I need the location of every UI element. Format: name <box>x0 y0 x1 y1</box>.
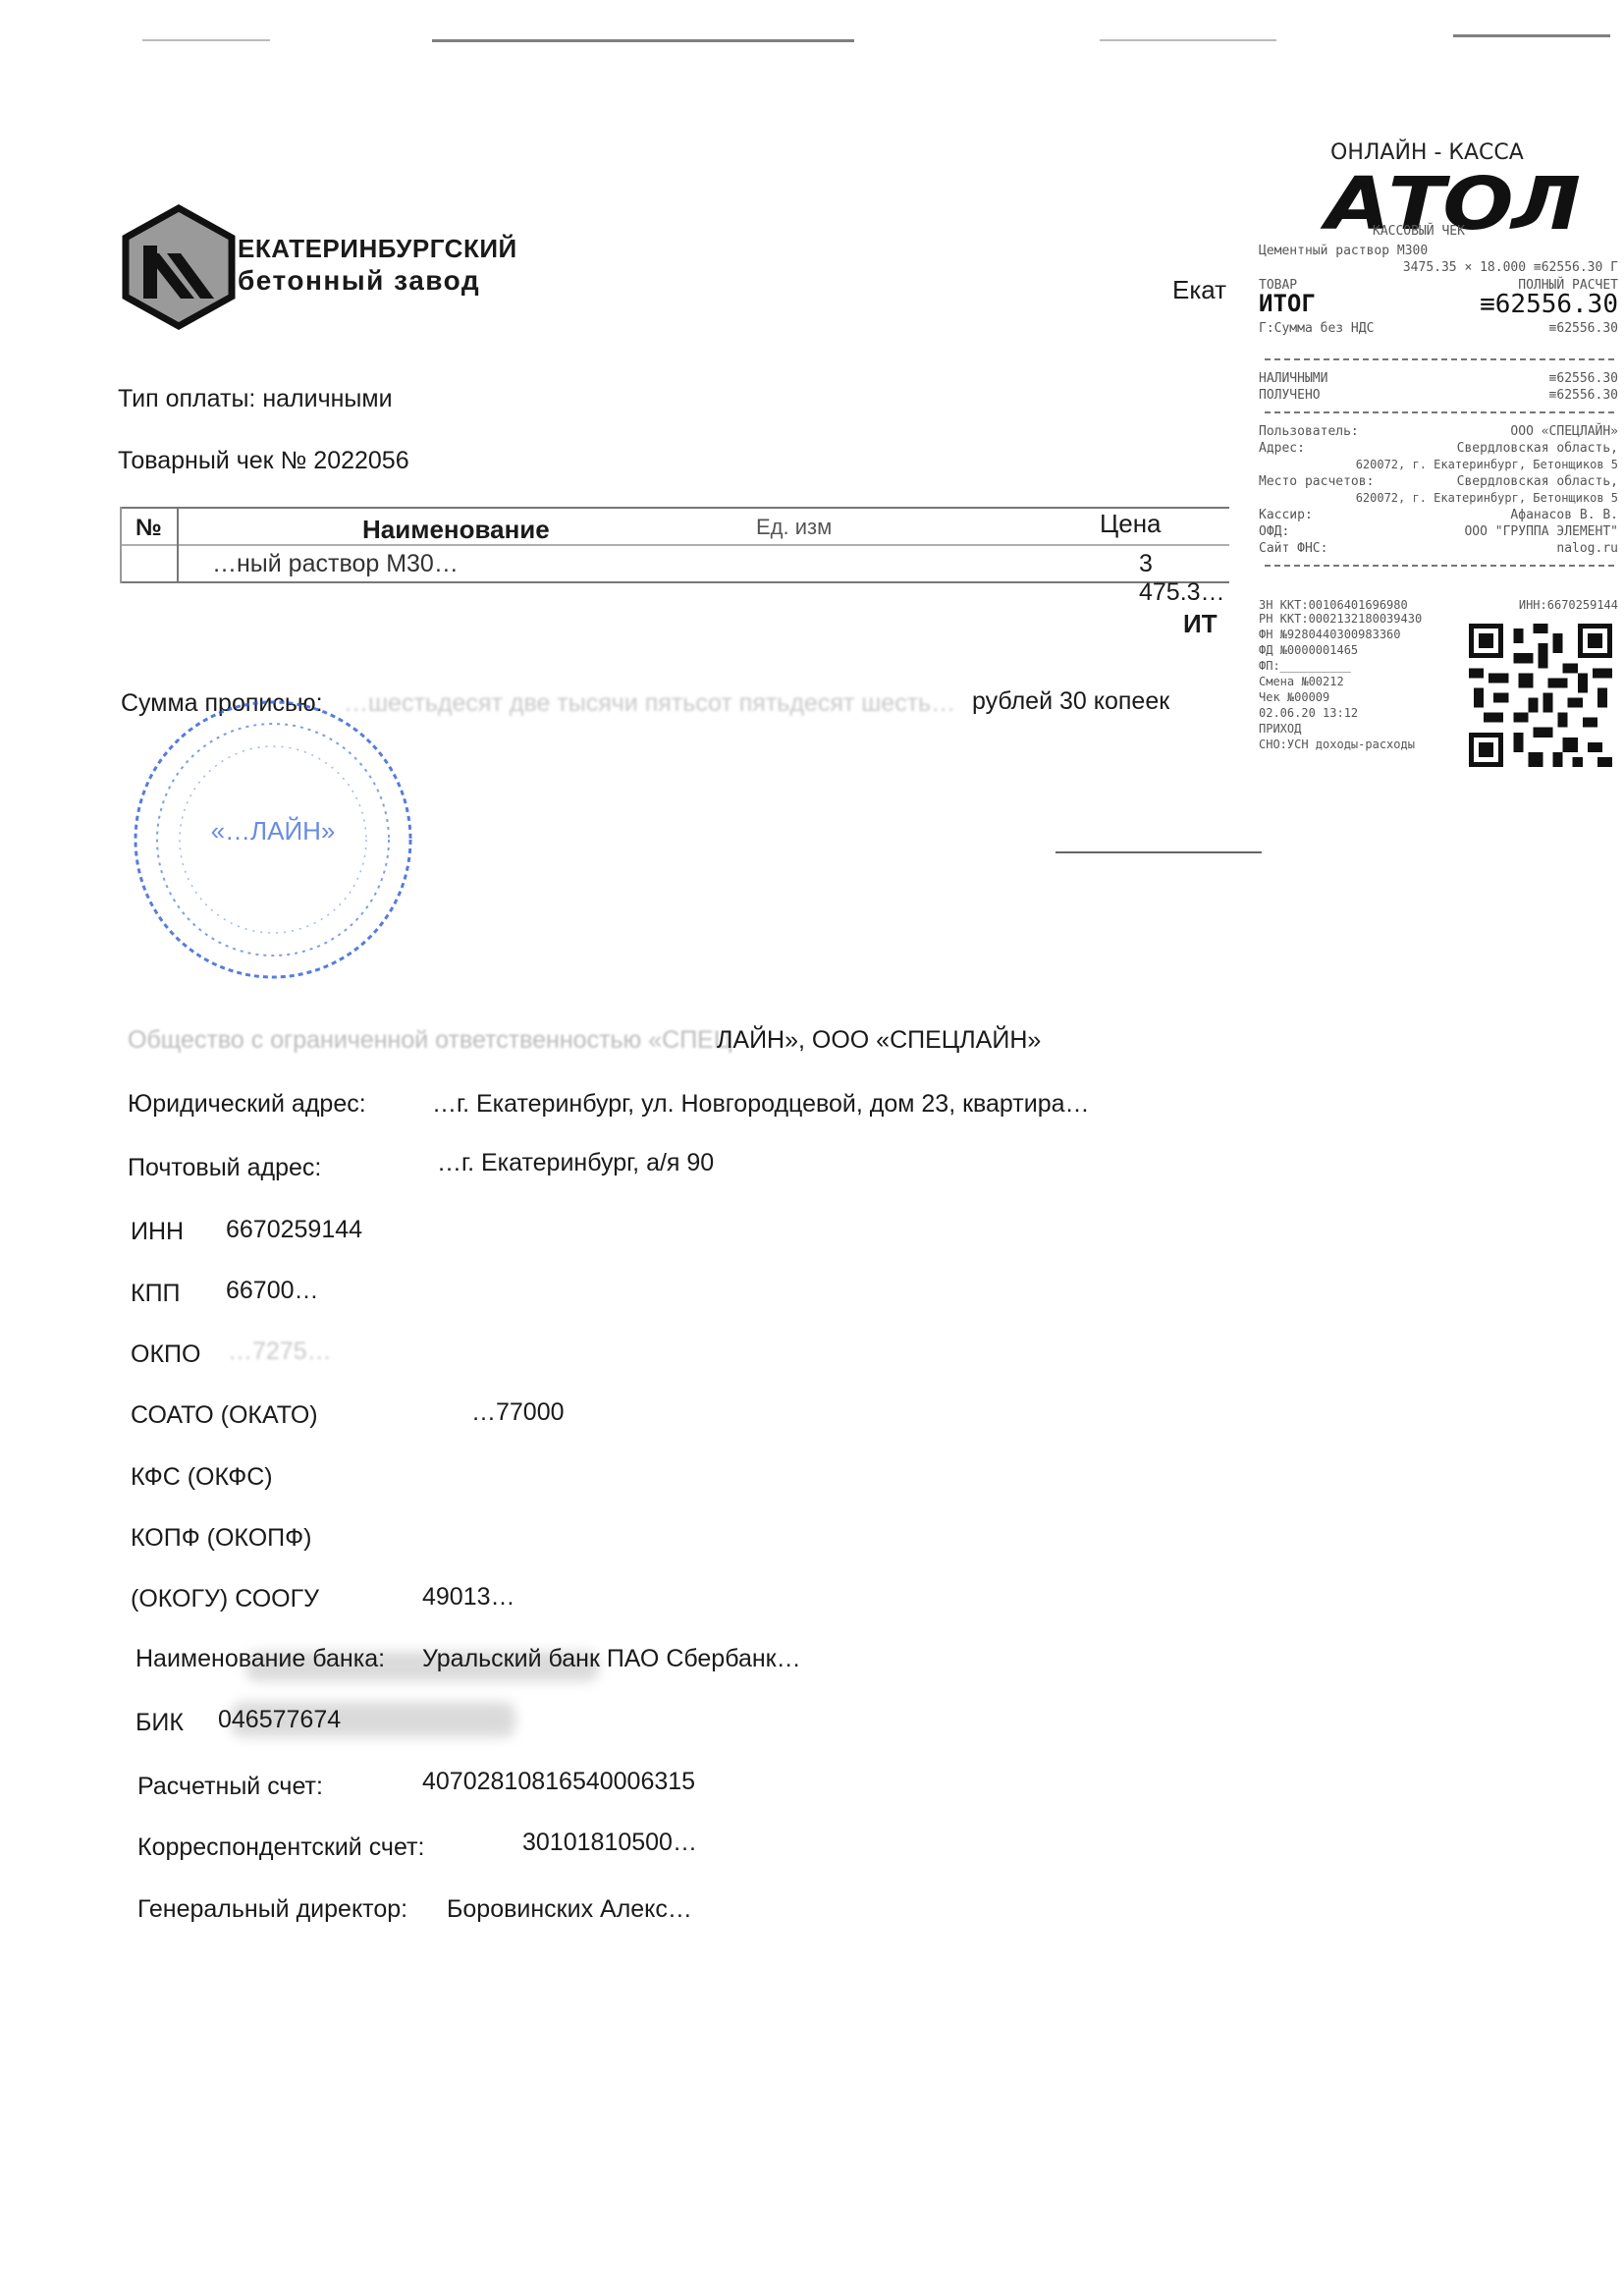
company-logo: ЕКАТЕРИНБУРГСКИЙ бетонный завод <box>116 204 528 332</box>
col-header-unit: Ед. изм <box>756 515 832 540</box>
receipt-type: КАССОВЫЙ ЧЕК <box>1373 224 1465 239</box>
receipt-received-value: ≡62556.30 <box>1549 388 1618 403</box>
receipt-fd: ФД №0000001465 <box>1259 643 1358 657</box>
receipt-inn: ИНН:6670259144 <box>1519 598 1618 612</box>
postal-address-label: Почтовый адрес: <box>128 1154 321 1182</box>
total-label: ИТ <box>1183 609 1218 639</box>
receipt-total-label: ИТОГ <box>1259 290 1316 317</box>
sum-in-words-tail: рублей 30 копеек <box>972 687 1169 716</box>
city-header: Екат <box>1172 275 1226 305</box>
signature-line <box>1056 851 1262 853</box>
receipt-fp: ФП:__________ <box>1259 659 1351 673</box>
receipt-place-label: Место расчетов: <box>1259 474 1374 489</box>
cash-register-receipt: ОНЛАЙН - КАССА АТОЛ КАССОВЫЙ ЧЕК Цементн… <box>1247 133 1624 800</box>
postal-address-value: …г. Екатеринбург, а/я 90 <box>437 1149 714 1177</box>
soogu-label: (ОКОГУ) СООГУ <box>131 1585 319 1613</box>
qr-code-icon <box>1469 624 1612 767</box>
legal-address-value: …г. Екатеринбург, ул. Новгородцевой, дом… <box>432 1090 1090 1119</box>
receipt-datetime: 02.06.20 13:12 <box>1259 706 1358 720</box>
scan-artifact-line <box>1100 39 1276 41</box>
table-row-name: …ный раствор М30… <box>212 550 459 578</box>
bik-value: 046577674 <box>218 1706 341 1734</box>
receipt-received-label: ПОЛУЧЕНО <box>1259 388 1321 403</box>
receipt-operation: ПРИХОД <box>1259 722 1301 736</box>
kpp-value: 66700… <box>226 1277 319 1305</box>
kpp-label: КПП <box>131 1280 181 1308</box>
director-label: Генеральный директор: <box>137 1895 407 1924</box>
receipt-total-value: ≡62556.30 <box>1480 290 1618 319</box>
receipt-item-name: Цементный раствор М300 <box>1259 244 1428 258</box>
receipt-address-value1: Свердловская область, <box>1457 441 1618 456</box>
logo-title-line2: бетонный завод <box>238 265 480 297</box>
receipt-cash-value: ≡62556.30 <box>1549 371 1618 386</box>
receipt-no-vat-value: ≡62556.30 <box>1549 321 1618 336</box>
soato-value: …77000 <box>471 1398 565 1427</box>
corr-account-label: Корреспондентский счет: <box>137 1833 424 1862</box>
soato-label: СОАТО (ОКАТО) <box>131 1401 318 1430</box>
receipt-place-value2: 620072, г. Екатеринбург, Бетонщиков 5 <box>1356 491 1618 505</box>
okpo-label: ОКПО <box>131 1340 200 1369</box>
receipt-fns-label: Сайт ФНС: <box>1259 541 1327 556</box>
account-label: Расчетный счет: <box>137 1773 323 1801</box>
corr-account-value: 30101810500… <box>522 1829 697 1857</box>
receipt-user-value: ООО «СПЕЦЛАЙН» <box>1510 424 1618 439</box>
hexagon-logo-icon <box>116 204 242 330</box>
kopf-label: КОПФ (ОКОПФ) <box>131 1524 311 1553</box>
company-name: ЛАЙН», ООО «СПЕЦЛАЙН» <box>717 1026 1041 1055</box>
kfs-label: КФС (ОКФС) <box>131 1463 273 1492</box>
col-header-name: Наименование <box>362 515 550 545</box>
scan-artifact-line <box>1453 34 1610 37</box>
receipt-address-value2: 620072, г. Екатеринбург, Бетонщиков 5 <box>1356 458 1618 471</box>
legal-address-label: Юридический адрес: <box>128 1090 366 1119</box>
receipt-cashier-value: Афанасов В. В. <box>1510 508 1618 522</box>
receipt-check-no: Чек №00009 <box>1259 690 1329 704</box>
receipt-shift: Смена №00212 <box>1259 675 1344 688</box>
receipt-rn-kkt: РН ККТ:0002132180039430 <box>1259 612 1422 626</box>
scan-artifact-line <box>432 39 854 42</box>
receipt-user-label: Пользователь: <box>1259 424 1359 439</box>
okpo-value: …7275… <box>228 1338 332 1366</box>
table-row-price: 3 475.3… <box>1139 550 1229 607</box>
company-stamp: «…ЛАЙН» <box>126 692 420 987</box>
scan-artifact-line <box>142 39 270 41</box>
receipt-cashier-label: Кассир: <box>1259 508 1313 522</box>
payment-type: Тип оплаты: наличными <box>118 385 393 413</box>
receipt-no-vat-label: Г:Сумма без НДС <box>1259 321 1374 336</box>
stamp-center-text: «…ЛАЙН» <box>211 816 336 846</box>
bank-value: Уральский банк ПАО Сбербанк… <box>422 1645 801 1673</box>
soogu-value: 49013… <box>422 1583 515 1612</box>
director-value: Боровинских Алекс… <box>447 1895 692 1924</box>
receipt-cash-label: НАЛИЧНЫМИ <box>1259 371 1327 386</box>
receipt-fns-value: nalog.ru <box>1556 541 1618 556</box>
logo-title-line1: ЕКАТЕРИНБУРГСКИЙ <box>238 234 517 264</box>
receipt-ofd-value: ООО "ГРУППА ЭЛЕМЕНТ" <box>1464 524 1618 539</box>
col-header-price: Цена <box>1100 509 1162 539</box>
receipt-address-label: Адрес: <box>1259 441 1305 456</box>
sum-in-words-blurred: …шестьдесят две тысячи пятьсот пятьдесят… <box>344 689 955 718</box>
receipt-place-value1: Свердловская область, <box>1457 474 1618 489</box>
items-table: № Наименование Ед. изм Цена …ный раствор… <box>120 507 1229 583</box>
company-name-faint: Общество с ограниченной ответственностью… <box>128 1026 731 1055</box>
inn-label: ИНН <box>131 1218 184 1246</box>
receipt-ofd-label: ОФД: <box>1259 524 1289 539</box>
receipt-title: Товарный чек № 2022056 <box>118 447 409 475</box>
account-value: 40702810816540006315 <box>422 1768 695 1796</box>
bank-label: Наименование банка: <box>135 1645 385 1673</box>
inn-value: 6670259144 <box>226 1216 362 1244</box>
receipt-sno: СНО:УСН доходы-расходы <box>1259 738 1415 751</box>
col-header-num: № <box>135 515 162 542</box>
receipt-zn-kkt: ЗН ККТ:00106401696980 <box>1259 598 1408 612</box>
bik-label: БИК <box>135 1709 184 1737</box>
receipt-item-calc: 3475.35 × 18.000 ≡62556.30 Г <box>1403 260 1618 275</box>
receipt-fn: ФН №9280440300983360 <box>1259 628 1401 641</box>
